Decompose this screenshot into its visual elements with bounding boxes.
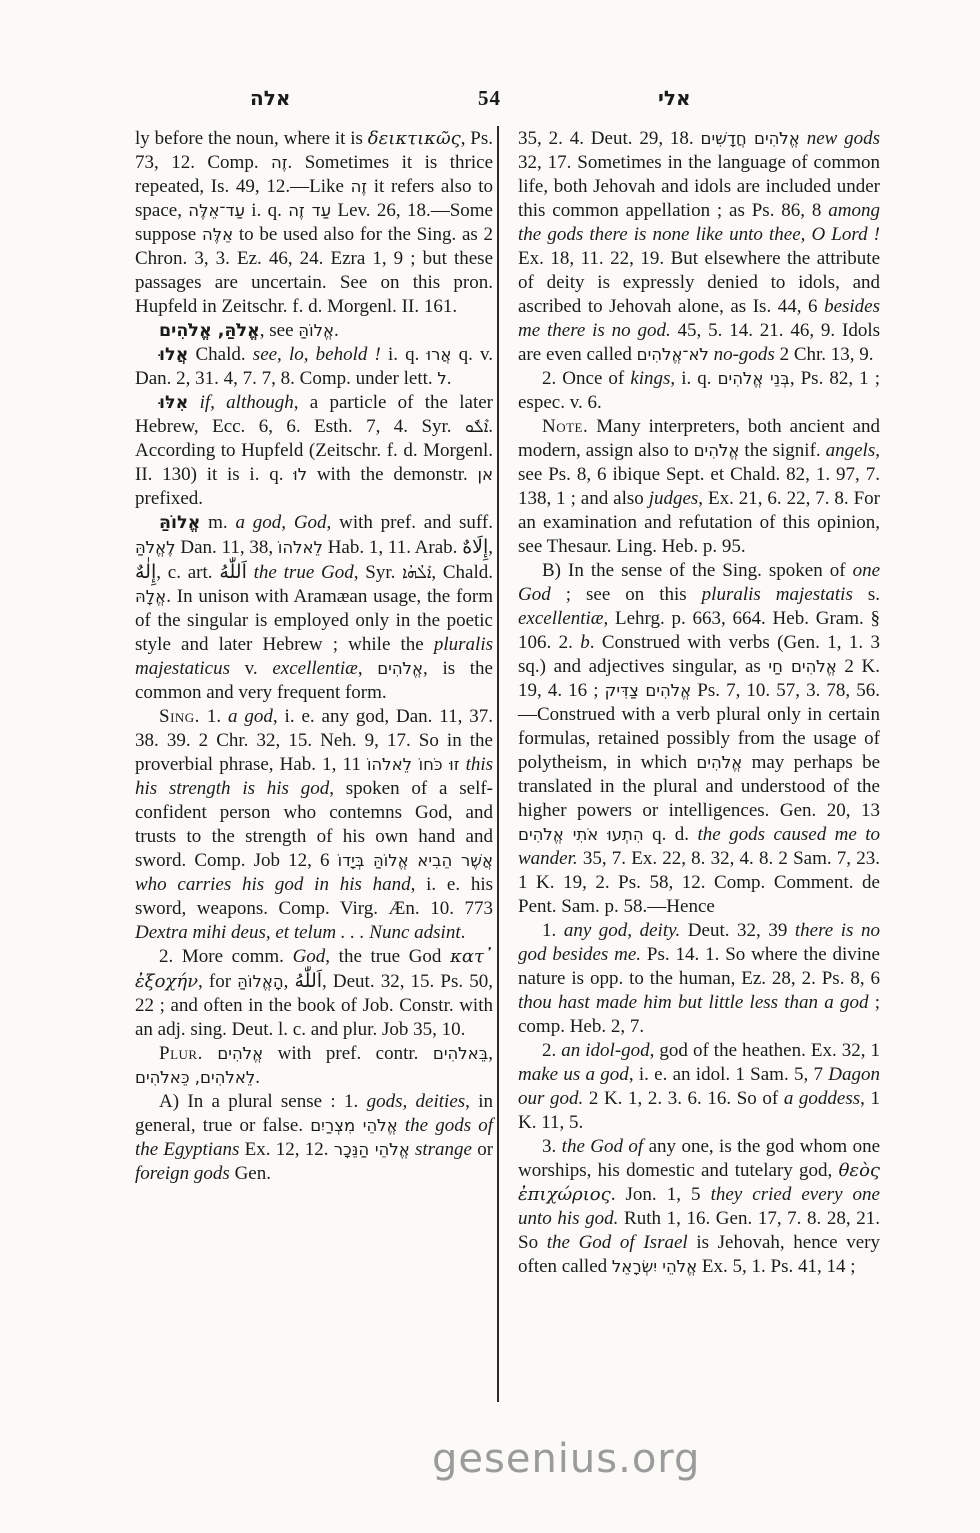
text-segment: . Jon. 1, 5 [611,1184,711,1205]
italic-text: a goddess [784,1088,860,1109]
text-segment: Dan. 11, 38, [176,537,278,558]
text-segment: the signif. [739,440,825,461]
italic-text: Dextra mihi deus, et telum . . . Nunc ad… [135,922,461,943]
italic-text: who carries his god in his hand [135,874,411,895]
text-segment: Gen. [230,1163,271,1184]
italic-text: gods, deities [367,1091,466,1112]
italic-text: the God of [562,1136,644,1157]
hebrew-text: לֹא־אֱלֹהִים [637,345,709,364]
italic-text: pluralis majestatis [702,584,853,605]
text-segment: 1. [200,706,228,727]
italic-text: make us a god [518,1064,629,1085]
paragraph: 2. Once of kings, i. q. בְּנֵי אֱלֹהִים,… [518,367,880,415]
text-segment [247,562,254,583]
dictionary-text: ly before the noun, where it is δεικτικῶ… [135,127,880,1279]
hebrew-text: אֱלֹהֵי הַנֵּכָר [334,1140,410,1159]
text-segment: , the true God [325,946,450,967]
italic-text: no-gods [714,344,775,365]
arabic-text: إِلٰهٌ [135,561,156,583]
paragraph: Plur. אֱלֹהִים with pref. contr. בֵּאלֹה… [135,1042,493,1090]
paragraph: Sing. 1. a god, i. e. any god, Dan. 11, … [135,705,493,945]
text-segment: , Syr. [354,562,402,583]
italic-text: strange [415,1139,472,1160]
text-segment: prefixed. [135,488,203,509]
text-segment: , for [198,971,237,992]
watermark: gesenius.org [432,1436,700,1482]
italic-text: judges [649,488,699,509]
text-segment [800,128,807,149]
text-segment: B) In the sense of the Sing. spoken of [542,560,853,581]
hebrew-text: הִתְעוּ אֹתִי אֱלֹהִים [518,825,644,844]
italic-text: b [580,632,590,653]
hebrew-headword: אֲלוּ [159,345,188,365]
hebrew-text: אֱלָהּ [135,587,166,606]
hebrew-text: בֵּאלֹהִים [433,1044,488,1063]
italic-text: God [293,946,326,967]
italic-text: excellentiæ [272,658,357,679]
paragraph: 3. the God of any one, is the god whom o… [518,1135,880,1279]
italic-text: the true God [254,562,354,583]
text-segment: A) In a plural sense : 1. [159,1091,367,1112]
text-segment: , [488,1043,493,1064]
hebrew-text: אֱלֹהֵי יִשְׂרָאֵל [612,1257,697,1276]
italic-text: if, although [200,392,294,413]
text-segment: ; see on this [551,584,702,605]
paragraph: 2. an idol-god, god of the heathen. Ex. … [518,1039,880,1135]
paragraph: אֱלֹהַּ, אֱלֹהִים, see אֱלוֹהַּ. [135,319,493,343]
paragraph: A) In a plural sense : 1. gods, deities,… [135,1090,493,1186]
hebrew-text: זוּ כֹּחוֹ לֵאלֹהוֹ [367,755,460,774]
header-keyword-left: אלה [250,86,290,110]
arabic-text: إِلَاهٌ [462,536,488,558]
syriac-text: ܐܰܠܳܗܳܐ [402,563,431,582]
text-segment: 1. [542,920,564,941]
text-segment: 2. More comm. [159,946,293,967]
arabic-text: اَللّٰهُ [219,561,247,583]
text-segment: Deut. 32, 39 [680,920,795,941]
hebrew-text: אֲרוּ [427,345,452,364]
text-segment: with the demonstr. [307,464,477,485]
text-segment: , with pref. and suff. [327,512,493,533]
paragraph: אִלּוּ if, although, a particle of the l… [135,391,493,511]
italic-text: an idol-god [561,1040,649,1061]
paragraph: Note. Many interpreters, both ancient an… [518,415,880,559]
text-segment: . [255,1067,260,1088]
left-column: ly before the noun, where it is δεικτικῶ… [135,127,493,1279]
hebrew-text: אֲשֶׁר הֵבִיא אֱלוֹהַּ בְּיָדוֹ [338,851,493,870]
syriac-text: ܐܶܠܽܘ [465,417,488,436]
paragraph: ly before the noun, where it is δεικτικῶ… [135,127,493,319]
page-number: 54 [478,86,501,111]
hebrew-text: אן [477,465,493,484]
text-segment: s. [853,584,880,605]
hebrew-text: אֱלֹהִים צַדִּיק [605,681,692,700]
text-segment: , [488,537,493,558]
hebrew-text: עַד זֶה [288,201,331,220]
text-segment: 2 Chr. 13, 9. [775,344,874,365]
smallcaps-label: Plur. [159,1043,203,1064]
hebrew-text: זֶה [271,153,288,172]
text-segment: 2. Once of [542,368,630,389]
text-segment: i. q. [245,200,288,221]
paragraph: 2. More comm. God, the true God κατ᾽ ἐξο… [135,945,493,1042]
text-segment: v. [230,658,272,679]
text-segment: i. q. [381,344,427,365]
italic-text: any god, deity. [564,920,680,941]
hebrew-headword: אִלּוּ [159,393,188,413]
paragraph: אֲלוּ Chald. see, lo, behold ! i. q. אֲר… [135,343,493,391]
hebrew-text: עַד־אֵלֶּה [188,201,245,220]
hebrew-text: לֶאֱלֹהַּ [135,538,176,557]
text-segment: Hab. 1, 11. Arab. [323,537,462,558]
hebrew-text: אֱלֹהִים [696,753,742,772]
arabic-text: اَللّٰهُ [295,970,323,992]
hebrew-text: לֵאלֹהוֹ [278,538,323,557]
text-segment: , i. q. [670,368,717,389]
text-segment [188,392,199,413]
paragraph: 1. any god, deity. Deut. 32, 39 there is… [518,919,880,1039]
hebrew-text: אֱלֹהִים חַי [768,657,836,676]
book-page: אלה 54 אלי ly before the noun, where it … [0,0,980,1533]
italic-text: excellentiæ [518,608,603,629]
text-segment: 2 K. 1, 2. 3. 6. 16. So of [583,1088,784,1109]
hebrew-text: בְּנֵי אֱלֹהִים [718,369,790,388]
hebrew-headword: אֱלוֹהַּ [159,513,200,533]
hebrew-text: הָאֱלוֹהַּ [237,972,283,991]
italic-text: kings [630,368,670,389]
header-keyword-right: אלי [658,86,691,110]
hebrew-text: ל [437,369,446,388]
right-column: 35, 2. 4. Deut. 29, 18. אֱלֹהִים חֲדָשִׁ… [518,127,880,1279]
text-segment: ly before the noun, where it is [135,128,368,149]
smallcaps-label: Note. [542,416,588,437]
text-segment: , Chald. [431,562,493,583]
hebrew-headword: אֱלֹהַּ, אֱלֹהִים [159,321,260,341]
italic-text: a god [228,706,273,727]
hebrew-text: אֱלֹהֵי מִצְרַיִם [310,1116,397,1135]
italic-text: thou hast made him but little less than … [518,992,869,1013]
hebrew-text: לֵאלֹהִים, כֵּאלֹהִים [135,1068,255,1087]
italic-text: a god, God [235,512,326,533]
text-segment: . [461,922,466,943]
paragraph: 35, 2. 4. Deut. 29, 18. אֱלֹהִים חֲדָשִׁ… [518,127,880,367]
text-segment: q. d. [644,824,698,845]
text-segment [203,1043,217,1064]
italic-text: see, lo, behold ! [253,344,381,365]
text-segment: , see [260,320,299,341]
italic-text: new gods [807,128,880,149]
text-segment: , i. e. an idol. 1 Sam. 5, 7 [629,1064,828,1085]
text-segment: 35, 2. 4. Deut. 29, 18. [518,128,701,149]
text-segment: . [334,320,339,341]
smallcaps-label: Sing. [159,706,200,727]
hebrew-text: אֱלֹהִים [377,659,423,678]
hebrew-text: לוּ [293,465,307,484]
text-segment: m. [200,512,235,533]
text-segment: , [284,971,295,992]
paragraph: אֱלוֹהַּ m. a god, God, with pref. and s… [135,511,493,705]
text-segment: Chald. [188,344,252,365]
text-segment: or [472,1139,493,1160]
italic-text: the God of Israel [547,1232,688,1253]
text-segment: Ex. 5, 1. Ps. 41, 14 ; [697,1256,855,1277]
text-segment: . [447,368,452,389]
text-segment: , god of the heathen. Ex. 32, 1 [650,1040,880,1061]
text-segment: , [358,658,377,679]
paragraph: B) In the sense of the Sing. spoken of o… [518,559,880,919]
hebrew-text: אֱלֹהִים [217,1044,263,1063]
text-segment [398,1115,405,1136]
hebrew-text: אֵלֶּה [202,225,233,244]
text-segment: 3. [542,1136,562,1157]
greek-text: δεικτικῶς [368,128,461,149]
hebrew-text: אֱלֹהִים [694,441,740,460]
text-segment: with pref. contr. [263,1043,433,1064]
italic-text: angels [826,440,876,461]
hebrew-text: אֱלוֹהַּ [298,321,334,340]
text-segment: , c. art. [156,562,219,583]
hebrew-text: אֱלֹהִים חֲדָשִׁים [701,129,800,148]
text-segment: Ex. 12, 12. [239,1139,333,1160]
text-segment: 2. [542,1040,561,1061]
hebrew-text: זֶה [351,177,368,196]
italic-text: foreign gods [135,1163,230,1184]
text-segment: 32, 17. Sometimes in the language of com… [518,152,880,221]
